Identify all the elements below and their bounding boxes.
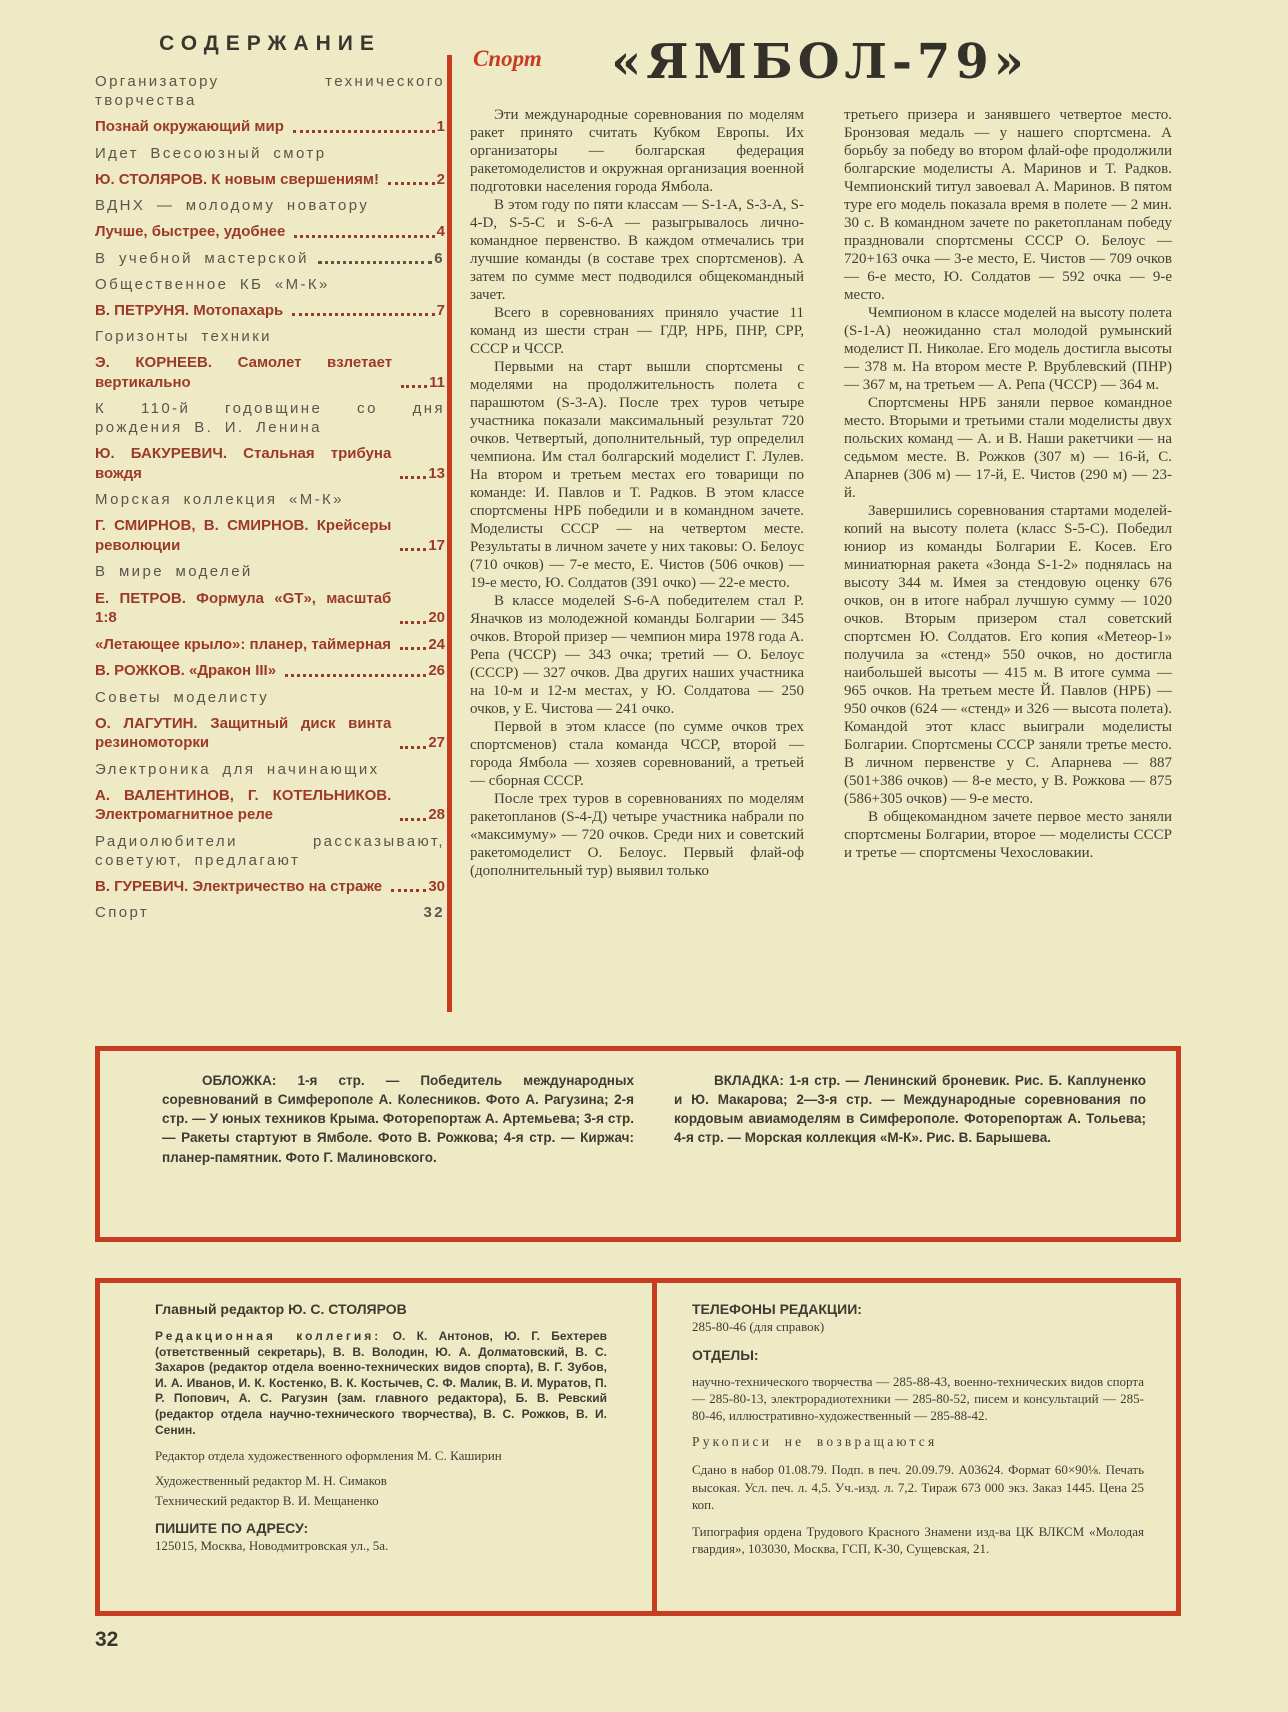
dot-leader [401,385,427,388]
toc-section: В учебной мастерской6 [95,249,445,268]
toc-page-number: 4 [437,222,445,242]
toc-page-number: 20 [428,608,445,628]
toc-entry: В. ГУРЕВИЧ. Электричество на страже30 [95,877,445,897]
print-info: Сдано в набор 01.08.79. Подп. в печ. 20.… [692,1461,1144,1512]
toc-page-number: 11 [429,373,445,393]
editorial-board: Редакционная коллегия: О. К. Антонов, Ю.… [155,1329,607,1438]
cover-credits-box: ОБЛОЖКА: 1-я стр. — Победитель междунаро… [95,1046,1181,1242]
toc-section: Организатору технического творчества [95,72,445,110]
editorial-left: Главный редактор Ю. С. СТОЛЯРОВ Редакцио… [155,1301,607,1558]
toc-section: Идет Всесоюзный смотр [95,144,445,163]
board-label: Редакционная коллегия: [155,1329,381,1343]
toc-page-number: 13 [428,464,445,484]
insert-credits: ВКЛАДКА: 1-я стр. — Ленинский броневик. … [674,1071,1146,1237]
toc-entry: А. ВАЛЕНТИНОВ, Г. КОТЕЛЬНИКОВ. Электрома… [95,786,445,825]
board-names: О. К. Антонов, Ю. Г. Бехтерев (ответстве… [155,1329,607,1437]
editorial-address: 125015, Москва, Новодмитровская ул., 5а. [155,1538,607,1555]
toc-entry: Лучше, быстрее, удобнее4 [95,222,445,242]
toc-entry: Ю. БАКУРЕВИЧ. Стальная трибуна вождя13 [95,444,445,483]
printer-info: Типография ордена Трудового Красного Зна… [692,1523,1144,1557]
toc-entry: О. ЛАГУТИН. Защитный диск винта резиномо… [95,714,445,753]
toc-entry: Э. КОРНЕЕВ. Самолет взлетает вертикально… [95,353,445,392]
red-column-rule [447,55,452,1012]
toc-section: Радиолюбители рассказывают, советуют, пр… [95,832,445,870]
paragraph: Всего в соревнованиях приняло участие 11… [470,304,804,358]
red-divider [652,1283,657,1611]
article-column-right: третьего призера и занявшего четвертое м… [844,106,1172,862]
table-of-contents: СОДЕРЖАНИЕ Организатору технического тво… [95,32,445,929]
editorial-box: Главный редактор Ю. С. СТОЛЯРОВ Редакцио… [95,1278,1181,1616]
paragraph: В этом году по пяти классам — S-1-A, S-3… [470,196,804,304]
toc-page-number: 30 [428,877,445,897]
toc-page-number: 6 [434,249,445,268]
toc-page-number: 17 [428,536,445,556]
dot-leader [400,647,426,650]
dot-leader [293,130,435,133]
dot-leader [285,674,426,677]
dot-leader [292,313,434,316]
toc-entry: «Летающее крыло»: планер, таймерная24 [95,635,445,655]
toc-page-number: 28 [428,805,445,825]
toc-entry: Ю. СТОЛЯРОВ. К новым свершениям!2 [95,170,445,190]
page-number: 32 [95,1628,118,1652]
paragraph: Завершились соревнования стартами моделе… [844,502,1172,808]
paragraph: третьего призера и занявшего четвертое м… [844,106,1172,304]
toc-entry: Е. ПЕТРОВ. Формула «GT», масштаб 1:820 [95,589,445,628]
dot-leader [400,476,426,479]
toc-section: К 110-й годовщине со дня рождения В. И. … [95,399,445,437]
toc-section: Электроника для начинающих [95,760,445,779]
paragraph: Спортсмены НРБ заняли первое командное м… [844,394,1172,502]
paragraph: После трех туров в соревнованиях по моде… [470,790,804,880]
toc-page-number: 1 [437,117,445,137]
toc-page-number: 26 [428,661,445,681]
toc-section: В мире моделей [95,562,445,581]
toc-entry: Г. СМИРНОВ, В. СМИРНОВ. Крейсеры революц… [95,516,445,555]
article-title: «ЯМБОЛ-79» [520,34,1120,90]
chief-editor: Главный редактор Ю. С. СТОЛЯРОВ [155,1301,607,1317]
toc-page-number: 27 [428,733,445,753]
article-column-left: Эти международные соревнования по моделя… [470,106,804,880]
toc-section: Спорт32 [95,903,445,922]
toc-section: ВДНХ — молодому новатору [95,196,445,215]
manuscripts-note: Рукописи не возвращаются [692,1434,1144,1450]
departments-label: ОТДЕЛЫ: [692,1347,1144,1363]
dot-leader [391,889,426,892]
dot-leader [294,235,434,238]
dot-leader [400,746,426,749]
phones-label: ТЕЛЕФОНЫ РЕДАКЦИИ: [692,1301,1144,1317]
paragraph: Первыми на старт вышли спортсмены с моде… [470,358,804,592]
toc-title: СОДЕРЖАНИЕ [95,32,445,56]
write-to-label: ПИШИТЕ ПО АДРЕСУ: [155,1520,607,1536]
paragraph: Чемпионом в классе моделей на высоту пол… [844,304,1172,394]
toc-entry: В. РОЖКОВ. «Дракон III»26 [95,661,445,681]
art-department-editor: Редактор отдела художественного оформлен… [155,1448,607,1465]
paragraph: В общекомандном зачете первое место заня… [844,808,1172,862]
toc-page-number: 7 [437,301,445,321]
departments-phones: научно-технического творчества — 285-88-… [692,1373,1144,1424]
paragraph: Эти международные соревнования по моделя… [470,106,804,196]
editorial-right: ТЕЛЕФОНЫ РЕДАКЦИИ: 285-80-46 (для справо… [692,1301,1144,1567]
art-editor: Художественный редактор М. Н. Симаков [155,1473,607,1490]
toc-entry: В. ПЕТРУНЯ. Мотопахарь7 [95,301,445,321]
toc-section: Советы моделисту [95,688,445,707]
toc-section: Общественное КБ «М-К» [95,275,445,294]
dot-leader [318,261,432,264]
dot-leader [388,182,435,185]
phones-value: 285-80-46 (для справок) [692,1319,1144,1335]
cover-credits: ОБЛОЖКА: 1-я стр. — Победитель междунаро… [162,1071,634,1237]
dot-leader [400,621,426,624]
paragraph: Первой в этом классе (по сумме очков тре… [470,718,804,790]
toc-page-number: 24 [428,635,445,655]
toc-section: Морская коллекция «М-К» [95,490,445,509]
magazine-page: СОДЕРЖАНИЕ Организатору технического тво… [0,0,1288,1712]
toc-page-number: 32 [424,903,446,922]
dot-leader [400,548,426,551]
toc-section: Горизонты техники [95,327,445,346]
toc-entry: Познай окружающий мир1 [95,117,445,137]
tech-editor: Технический редактор В. И. Мещаненко [155,1493,607,1510]
toc-page-number: 2 [437,170,445,190]
dot-leader [400,818,426,821]
paragraph: В классе моделей S-6-A победителем стал … [470,592,804,718]
